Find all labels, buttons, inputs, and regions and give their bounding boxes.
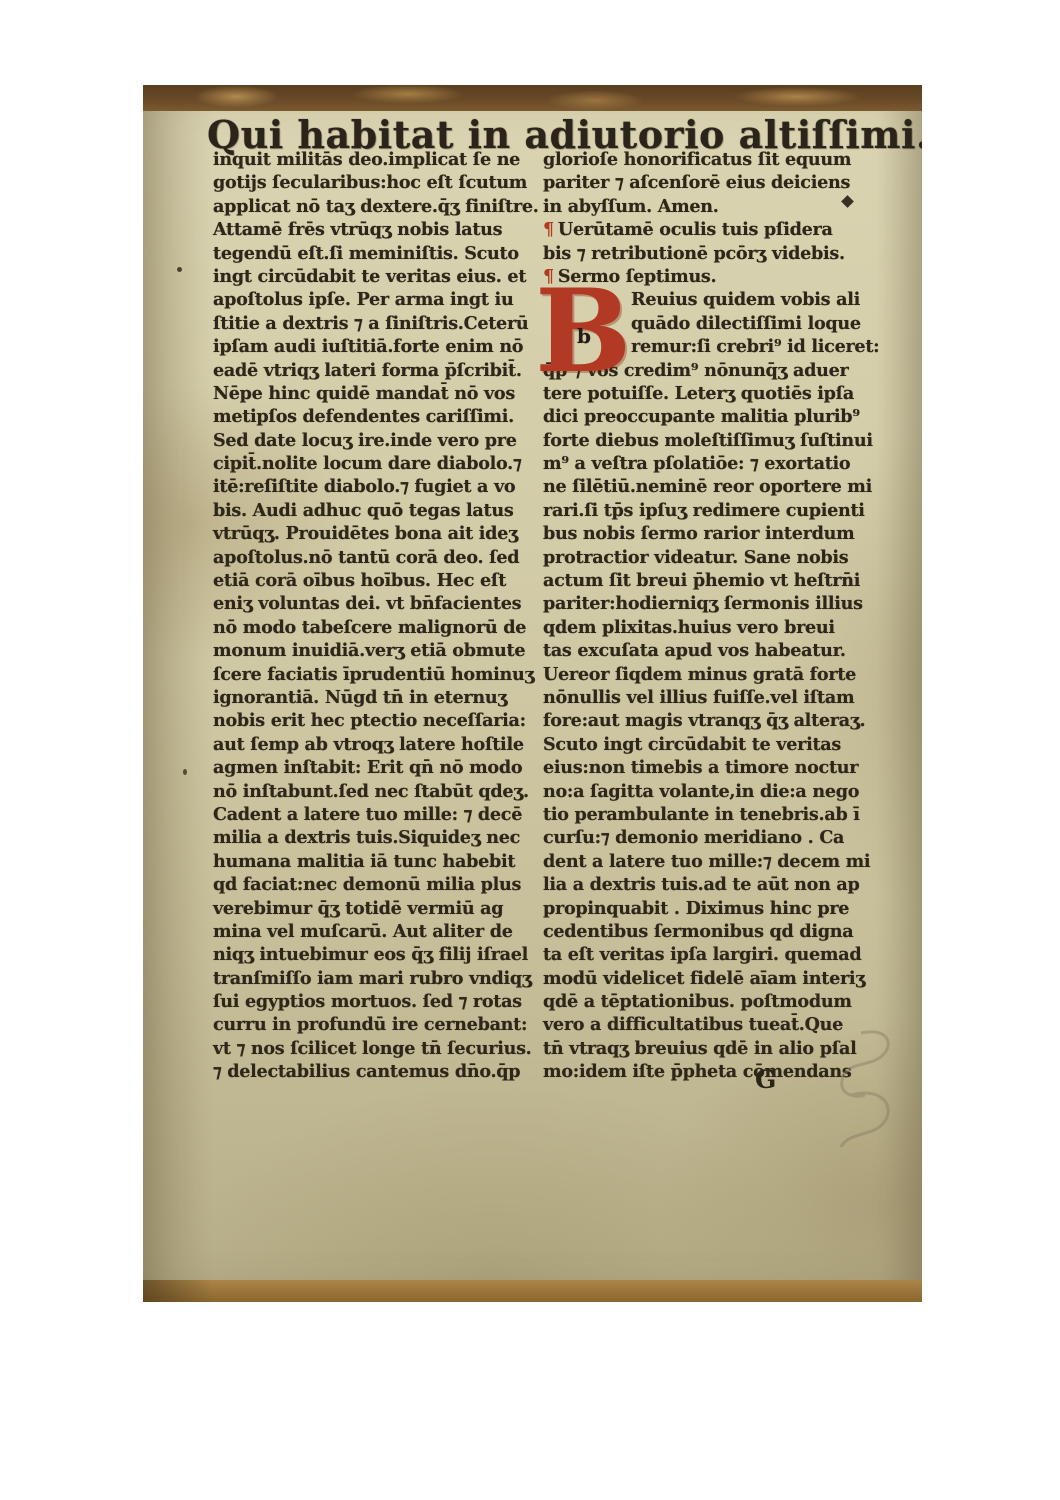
text-line: itē:reſiſtite diabolo.⁊ fugiet a vo — [213, 475, 539, 498]
text-line: niqʒ intuebimur eos q̄ʒ filij iſrael — [213, 943, 539, 966]
text-line: glorioſe honorificatus ſit equum — [543, 148, 883, 171]
text-line: bus nobis ſermo rarior interdum — [543, 522, 883, 545]
text-line: tas excuſata apud vos habeatur. — [543, 639, 883, 662]
rubricated-initial: B b — [543, 288, 631, 358]
text-line: Attamē frēs vtrūqʒ nobis latus — [213, 218, 539, 241]
text-line: tranſmiſſo iam mari rubro vndiqʒ — [213, 967, 539, 990]
text-line: nō inſtabunt.ſed nec ſtabūt qdeʒ. — [213, 780, 539, 803]
text-line: qdē a tēptationibus. poſtmodum — [543, 990, 883, 1013]
text-line: modū videlicet fidelē aīam interiʒ — [543, 967, 883, 990]
text-line: ⁊ delectabilius cantemus dn̄o.q̄p — [213, 1060, 539, 1083]
text-line: pariter ⁊ aſcenſorē eius deiciens — [543, 171, 883, 194]
text-line: pariter:hodierniqʒ ſermonis illius — [543, 592, 883, 615]
text-line: vtrūqʒ. Prouidētes bona ait ideʒ — [213, 522, 539, 545]
text-line: fore:aut magis vtranqʒ q̄ʒ alteraʒ. — [543, 709, 883, 732]
text-line: Sed date locuʒ ire.inde vero pre — [213, 429, 539, 452]
text-line: protractior videatur. Sane nobis — [543, 546, 883, 569]
text-line: tegendū eſt.ſi meminiſtis. Scuto — [213, 242, 539, 265]
initial-paragraph: B b Reuius quidem vobis aliquādo dilecti… — [543, 288, 883, 358]
text-line: ne ſilētiū.neminē reor oportere mi — [543, 475, 883, 498]
text-line: Nēpe hinc quidē mandat̄ nō vos — [213, 382, 539, 405]
text-line: ta eſt veritas ipſa largiri. quemad — [543, 943, 883, 966]
text-line: bis ⁊ retributionē pcōrʒ videbis. — [543, 242, 883, 265]
text-line: nō modo tabeſcere malignorū de — [213, 616, 539, 639]
text-line: eadē vtriqʒ lateri forma p̄ſcribit̄. — [213, 359, 539, 382]
text-line: ſui egyptios mortuos. ſed ⁊ rotas — [213, 990, 539, 1013]
text-line: lia a dextris tuis.ad te aūt non ap — [543, 873, 883, 896]
right-text-column: glorioſe honorificatus ſit equumpariter … — [543, 148, 883, 1084]
text-line: rari.ſi tp̄s ipſuʒ redimere cupienti — [543, 499, 883, 522]
ink-speck-icon — [183, 769, 187, 775]
embossed-flourish-icon — [791, 1025, 901, 1155]
ink-speck-icon — [177, 267, 182, 272]
text-line: verebimur q̄ʒ totidē vermiū ag — [213, 897, 539, 920]
text-line: ingt circūdabit te veritas eius. et — [213, 265, 539, 288]
text-line: curru in profundū ire cernebant: — [213, 1013, 539, 1036]
text-line: eniʒ voluntas dei. vt bn̄facientes — [213, 592, 539, 615]
scanned-page-photo: Qui habitat in adiutorio altiſſimi. inqu… — [143, 85, 922, 1302]
text-line: apoſtolus ipſe. Per arma ingt iu — [213, 288, 539, 311]
text-line: tio perambulante in tenebris.ab ī — [543, 803, 883, 826]
right-column-bottom: q̄p ⁊ vos credim⁹ nōnunq̄ʒ aduertere pot… — [543, 359, 883, 1084]
text-line: ſcere faciatis īprudentiū hominuʒ — [213, 663, 539, 686]
text-line: vt ⁊ nos ſcilicet longe tn̄ ſecurius. — [213, 1037, 539, 1060]
text-line: applicat nō taʒ dextere.q̄ʒ finiſtre. — [213, 195, 539, 218]
text-line: qd faciat:nec demonū milia plus — [213, 873, 539, 896]
book-bottom-edge — [143, 1280, 922, 1302]
text-line: metipſos defendentes cariſſimi. — [213, 405, 539, 428]
text-line: aut ſemp ab vtroqʒ latere hoſtile — [213, 733, 539, 756]
text-line: cipit̄.nolite locum dare diabolo.⁊ — [213, 452, 539, 475]
guide-letter: b — [577, 324, 591, 348]
text-line: etiā corā oībus hoībus. Hec eſt — [213, 569, 539, 592]
text-line: no:a ſagitta volante,in die:a nego — [543, 780, 883, 803]
text-line: Scuto ingt circūdabit te veritas — [543, 733, 883, 756]
text-line: ipſam audi iuſtitiā.forte enim nō — [213, 335, 539, 358]
text-line: Uereor ſiqdem minus gratā forte — [543, 663, 883, 686]
text-line: dici preoccupante malitia plurib⁹ — [543, 405, 883, 428]
text-line: Cadent a latere tuo mille: ⁊ decē — [213, 803, 539, 826]
text-line: bis. Audi adhuc quō tegas latus — [213, 499, 539, 522]
text-line: in abyſſum. Amen. — [543, 195, 883, 218]
text-line: ¶Uerūtamē oculis tuis pſidera — [543, 218, 883, 241]
text-line: m⁹ a veſtra pſolatiōe: ⁊ exortatio — [543, 452, 883, 475]
text-line: ignorantiā. Nūgd tn̄ in eternuʒ — [213, 686, 539, 709]
text-line: cedentibus ſermonibus qd digna — [543, 920, 883, 943]
text-line: apoſtolus.nō tantū corā deo. ſed — [213, 546, 539, 569]
text-line: forte diebus moleſtiſſimuʒ ſuſtinui — [543, 429, 883, 452]
text-line: actum ſit breui p̄hemio vt heſtrn̄i — [543, 569, 883, 592]
text-line: ſtitie a dextris ⁊ a ſiniſtris.Ceterū — [213, 312, 539, 335]
text-line: nōnullis vel illius fuiſſe.vel iſtam — [543, 686, 883, 709]
text-line: curſu:⁊ demonio meridiano . Ca — [543, 826, 883, 849]
text-line: humana malitia iā tunc habebit — [213, 850, 539, 873]
text-line: propinquabit . Diximus hinc pre — [543, 897, 883, 920]
text-line: milia a dextris tuis.Siquideʒ nec — [213, 826, 539, 849]
text-line: agmen inſtabit: Erit qn̄ nō modo — [213, 756, 539, 779]
text-line: monum inuidiā.verʒ etiā obmute — [213, 639, 539, 662]
text-line: gotijs ſecularibus:hoc eſt ſcutum — [213, 171, 539, 194]
text-line: eius:non timebis a timore noctur — [543, 756, 883, 779]
left-text-column: inquit militās deo.implicat ſe negotijs … — [213, 148, 539, 1084]
text-line: mina vel muſcarū. Aut aliter de — [213, 920, 539, 943]
paragraph-mark: ¶ — [543, 219, 558, 240]
signature-mark: G — [755, 1065, 776, 1094]
text-line: dent a latere tuo mille:⁊ decem mi — [543, 850, 883, 873]
text-line: inquit militās deo.implicat ſe ne — [213, 148, 539, 171]
text-line: nobis erit hec ptectio neceſſaria: — [213, 709, 539, 732]
book-binding-edge — [143, 85, 922, 111]
text-line: qdem plixitas.huius vero breui — [543, 616, 883, 639]
